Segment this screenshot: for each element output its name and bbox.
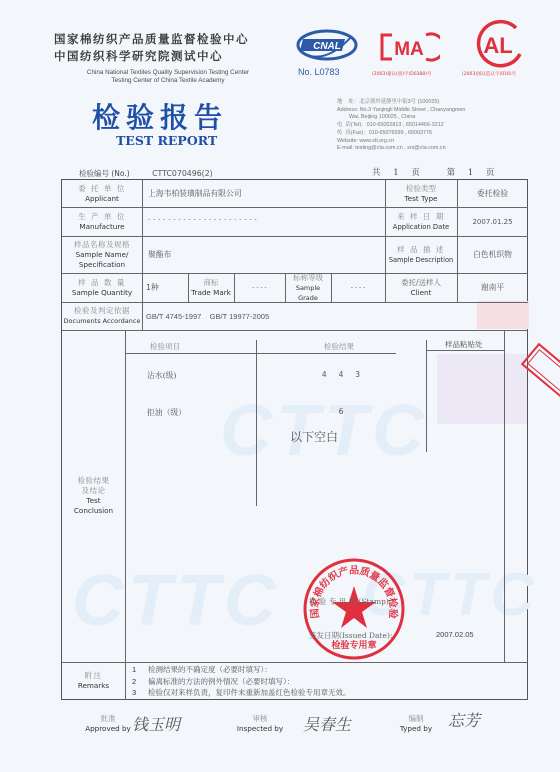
report-title-en: TEST REPORT xyxy=(116,133,217,148)
cnal-logo-icon: CNAL xyxy=(296,28,358,62)
page-total: 1 xyxy=(393,168,398,178)
remark-item: 3检验仅对来样负责，复印件未重新加盖红色检验专用章无效。 xyxy=(132,687,351,699)
approved-signature: 钱玉明 xyxy=(132,712,180,735)
typed-by-label: 编制 Typed by xyxy=(396,713,436,733)
sample-quantity-label: 样 品 数 量 Sample Quantity xyxy=(62,273,142,302)
col-header-result: 检验结果 xyxy=(324,341,354,352)
svg-text:AL: AL xyxy=(483,33,512,58)
stamp-label: 检 验 专 用 章 (Stamp): xyxy=(309,596,391,607)
test-result: 6 xyxy=(256,407,426,416)
org-name-en-1: China National Textiles Quality Supervis… xyxy=(48,69,288,76)
cma-cert-number: (2003)量认(国)字(D0388)号 xyxy=(372,71,431,77)
documents-label: 检验及判定依据 Documents Accordance xyxy=(62,302,142,330)
report-table: CTTC CTTC CTTC 委 托 单 位 Applicant 上海韦柏装璜制… xyxy=(61,179,528,700)
applicant-value: 上海韦柏装璜制品有限公司 xyxy=(148,180,242,207)
report-number-value: CTTC070496(2) xyxy=(152,169,213,178)
page-unit: 页 xyxy=(411,168,420,178)
client-value: 谢南平 xyxy=(457,273,528,302)
test-item: 沾水(级) xyxy=(147,370,176,381)
application-date-value: 2007.01.25 xyxy=(457,207,528,236)
contact-info: 地 址：北京朝外延静里中街3号 (100025) Address: No.3 Y… xyxy=(337,99,465,153)
conclusion-label: 检验结果 及结论 Test Conclusion xyxy=(62,330,125,662)
issued-date-value: 2007.02.05 xyxy=(436,630,474,639)
inspected-by-label: 审核 Inspected by xyxy=(235,713,285,733)
page-total-label: 共 xyxy=(372,168,381,178)
col-header-sample: 样品粘贴处 xyxy=(445,339,483,350)
sample-description-value: 白色机织物 xyxy=(457,236,528,273)
documents-value: GB/T 4745-1997 GB/T 19977-2005 xyxy=(146,302,269,330)
sample-grade-value: - - - - xyxy=(331,273,385,302)
svg-text:CNAL: CNAL xyxy=(313,41,341,52)
test-result: 4 4 3 xyxy=(256,370,426,379)
page-current: 1 xyxy=(468,168,473,178)
trade-mark-label: 商标 Trade Mark xyxy=(188,273,234,302)
cal-logo-icon: AL xyxy=(470,18,526,68)
report-title-cn: 检验报告 xyxy=(92,96,228,136)
page-unit-2: 页 xyxy=(486,168,495,178)
sample-name-label: 样品名称及规格 Sample Name/ Specification xyxy=(62,236,142,273)
remarks-list: 1检测结果的不确定度（必要时填写）：2偏离标准的方法的例外情况（必要时填写）：3… xyxy=(132,664,351,699)
remark-item: 1检测结果的不确定度（必要时填写）： xyxy=(132,664,351,676)
test-item: 拒油（级） xyxy=(147,407,186,418)
page-count: 共 1 页 第 1 页 xyxy=(372,166,504,178)
issued-date-label: 签发日期(Issued Date): xyxy=(309,630,392,641)
cal-cert-number: (2003)国认监认字(016)号 xyxy=(462,71,516,77)
approved-by-label: 批准 Approved by xyxy=(83,713,133,733)
test-type-value: 委托检验 xyxy=(457,180,528,207)
sample-grade-label: 标称等级 Sample Grade xyxy=(285,273,331,302)
trade-mark-value: - - - - xyxy=(234,273,285,302)
page-current-label: 第 xyxy=(447,168,456,178)
cnal-number: No. L0783 xyxy=(298,67,340,77)
org-name-cn-1: 国家棉纺织产品质量监督检验中心 xyxy=(54,31,249,47)
sample-name-value: 聚酯布 xyxy=(148,236,171,273)
report-number: 检验编号 (No.) CTTC070496(2) xyxy=(79,168,213,179)
blank-below-note: 以下空白 xyxy=(290,428,338,445)
applicant-label: 委 托 单 位 Applicant xyxy=(62,180,142,207)
col-header-item: 检验项目 xyxy=(150,341,180,352)
org-name-cn-2: 中国纺织科学研究院测试中心 xyxy=(54,48,223,64)
client-label: 委托/送样人 Client xyxy=(385,273,457,302)
seam-stamp-icon xyxy=(505,330,560,430)
remark-item: 2偏离标准的方法的例外情况（必要时填写）： xyxy=(132,676,351,688)
remarks-label: 附注 Remarks xyxy=(62,662,125,700)
typed-signature: 忘芳 xyxy=(448,708,480,731)
report-number-label: 检验编号 (No.) xyxy=(79,169,130,178)
stamp-bleed xyxy=(477,301,529,329)
svg-text:MA: MA xyxy=(394,39,424,60)
sample-quantity-value: 1种 xyxy=(146,273,159,302)
application-date-label: 来 样 日 期 Application Date xyxy=(385,207,457,236)
cma-logo-icon: MA xyxy=(378,32,440,62)
manufacture-value: - - - - - - - - - - - - - - - - - - - - … xyxy=(148,207,257,231)
test-type-label: 检验类型 Test Type xyxy=(385,180,457,207)
org-name-en-2: Testing Center of China Textile Academy xyxy=(48,77,288,84)
manufacture-label: 生 产 单 位 Manufacture xyxy=(62,207,142,236)
inspected-signature: 吴春生 xyxy=(303,712,351,735)
official-stamp-icon: 国家棉纺织产品质量监督检验中心 检验专用章 xyxy=(301,556,407,662)
sample-description-label: 样 品 描 述 Sample Description xyxy=(385,236,457,273)
